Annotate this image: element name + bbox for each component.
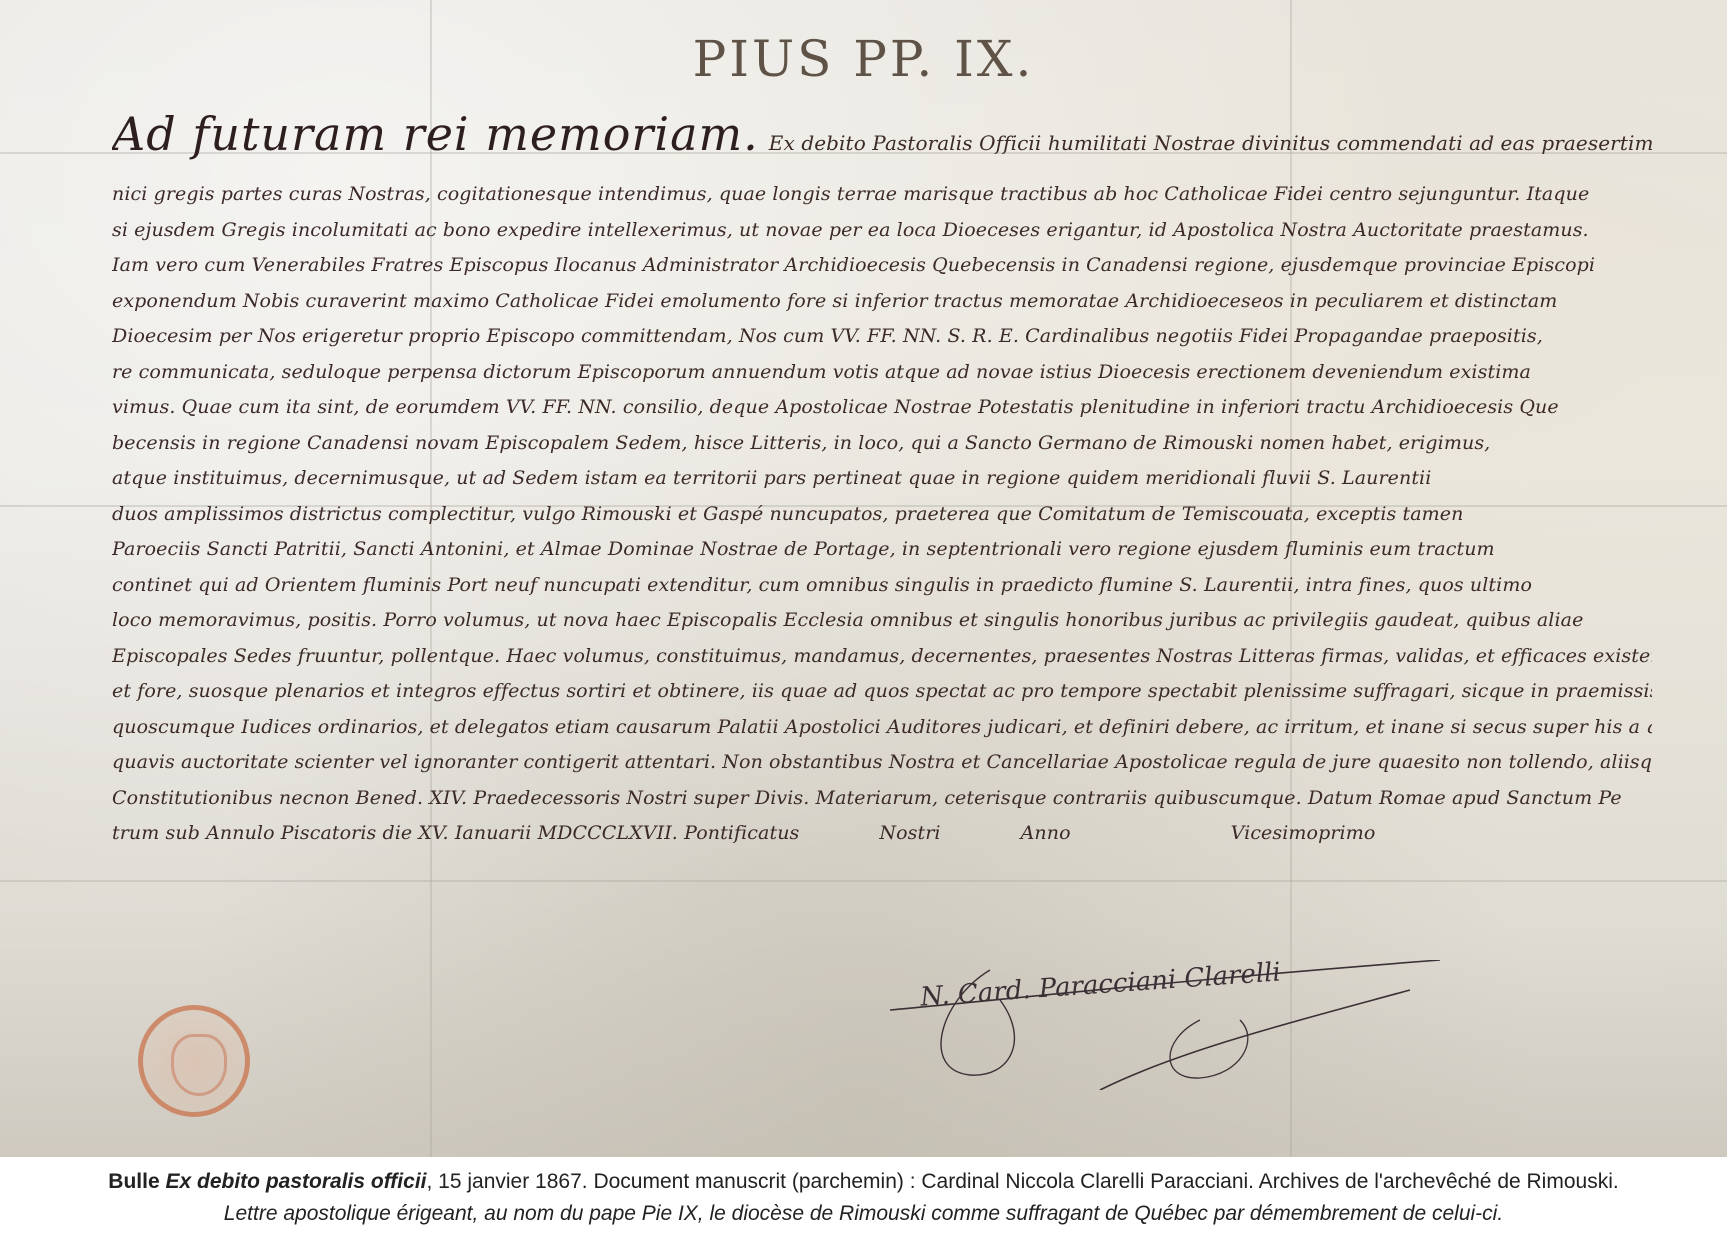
manuscript-line: continet qui ad Orientem fluminis Port n… bbox=[112, 568, 1652, 604]
incipit: Ad futuram rei memoriam. bbox=[112, 107, 759, 161]
manuscript-line: nici gregis partes curas Nostras, cogita… bbox=[112, 177, 1652, 213]
closing-word: Nostri bbox=[879, 822, 940, 844]
manuscript-line: Paroeciis Sancti Patritii, Sancti Antoni… bbox=[112, 532, 1652, 568]
wax-seal-icon bbox=[138, 1005, 250, 1117]
fold-line bbox=[0, 880, 1727, 882]
closing-word: Vicesimoprimo bbox=[1231, 822, 1376, 844]
manuscript-line: becensis in regione Canadensi novam Epis… bbox=[112, 426, 1652, 462]
manuscript-line: Iam vero cum Venerabiles Fratres Episcop… bbox=[112, 248, 1652, 284]
manuscript-line: loco memoravimus, positis. Porro volumus… bbox=[112, 603, 1652, 639]
caption-line-1: Bulle Ex debito pastoralis officii, 15 j… bbox=[0, 1170, 1727, 1194]
caption-details: , 15 janvier 1867. Document manuscrit (p… bbox=[427, 1170, 1619, 1193]
manuscript-line: quavis auctoritate scienter vel ignorant… bbox=[112, 745, 1652, 781]
manuscript-line: vimus. Quae cum ita sint, de eorumdem VV… bbox=[112, 390, 1652, 426]
line-text: Ex debito Pastoralis Officii humilitati … bbox=[769, 131, 1652, 155]
manuscript-line: re communicata, seduloque perpensa dicto… bbox=[112, 355, 1652, 391]
document-heading: PIUS PP. IX. bbox=[0, 30, 1727, 88]
caption-title: Ex debito pastoralis officii bbox=[165, 1170, 426, 1193]
manuscript-line: si ejusdem Gregis incolumitati ac bono e… bbox=[112, 213, 1652, 249]
manuscript-line: trum sub Annulo Piscatoris die XV. Ianua… bbox=[112, 816, 1652, 852]
parchment-photo: PIUS PP. IX. Ad futuram rei memoriam.Ex … bbox=[0, 0, 1727, 1157]
manuscript-line: duos amplissimos districtus complectitur… bbox=[112, 497, 1652, 533]
manuscript-line: et fore, suosque plenarios et integros e… bbox=[112, 674, 1652, 710]
caption: Bulle Ex debito pastoralis officii, 15 j… bbox=[0, 1157, 1727, 1249]
manuscript-line: exponendum Nobis curaverint maximo Catho… bbox=[112, 284, 1652, 320]
manuscript-text: Ad futuram rei memoriam.Ex debito Pastor… bbox=[112, 100, 1652, 852]
manuscript-line: Constitutionibus necnon Bened. XIV. Prae… bbox=[112, 781, 1652, 817]
closing-word: Anno bbox=[1021, 822, 1071, 844]
signature: N. Card. Paracciani Clarelli bbox=[880, 960, 1440, 1090]
caption-prefix: Bulle bbox=[108, 1170, 165, 1193]
manuscript-line: Ad futuram rei memoriam.Ex debito Pastor… bbox=[112, 100, 1652, 177]
manuscript-line: atque instituimus, decernimusque, ut ad … bbox=[112, 461, 1652, 497]
seal-figure-icon bbox=[171, 1034, 227, 1096]
manuscript-line: Episcopales Sedes fruuntur, pollentque. … bbox=[112, 639, 1652, 675]
manuscript-line: Dioecesim per Nos erigeretur proprio Epi… bbox=[112, 319, 1652, 355]
line-text: trum sub Annulo Piscatoris die XV. Ianua… bbox=[112, 822, 799, 844]
manuscript-line: quoscumque Iudices ordinarios, et delega… bbox=[112, 710, 1652, 746]
caption-line-2: Lettre apostolique érigeant, au nom du p… bbox=[0, 1202, 1727, 1226]
